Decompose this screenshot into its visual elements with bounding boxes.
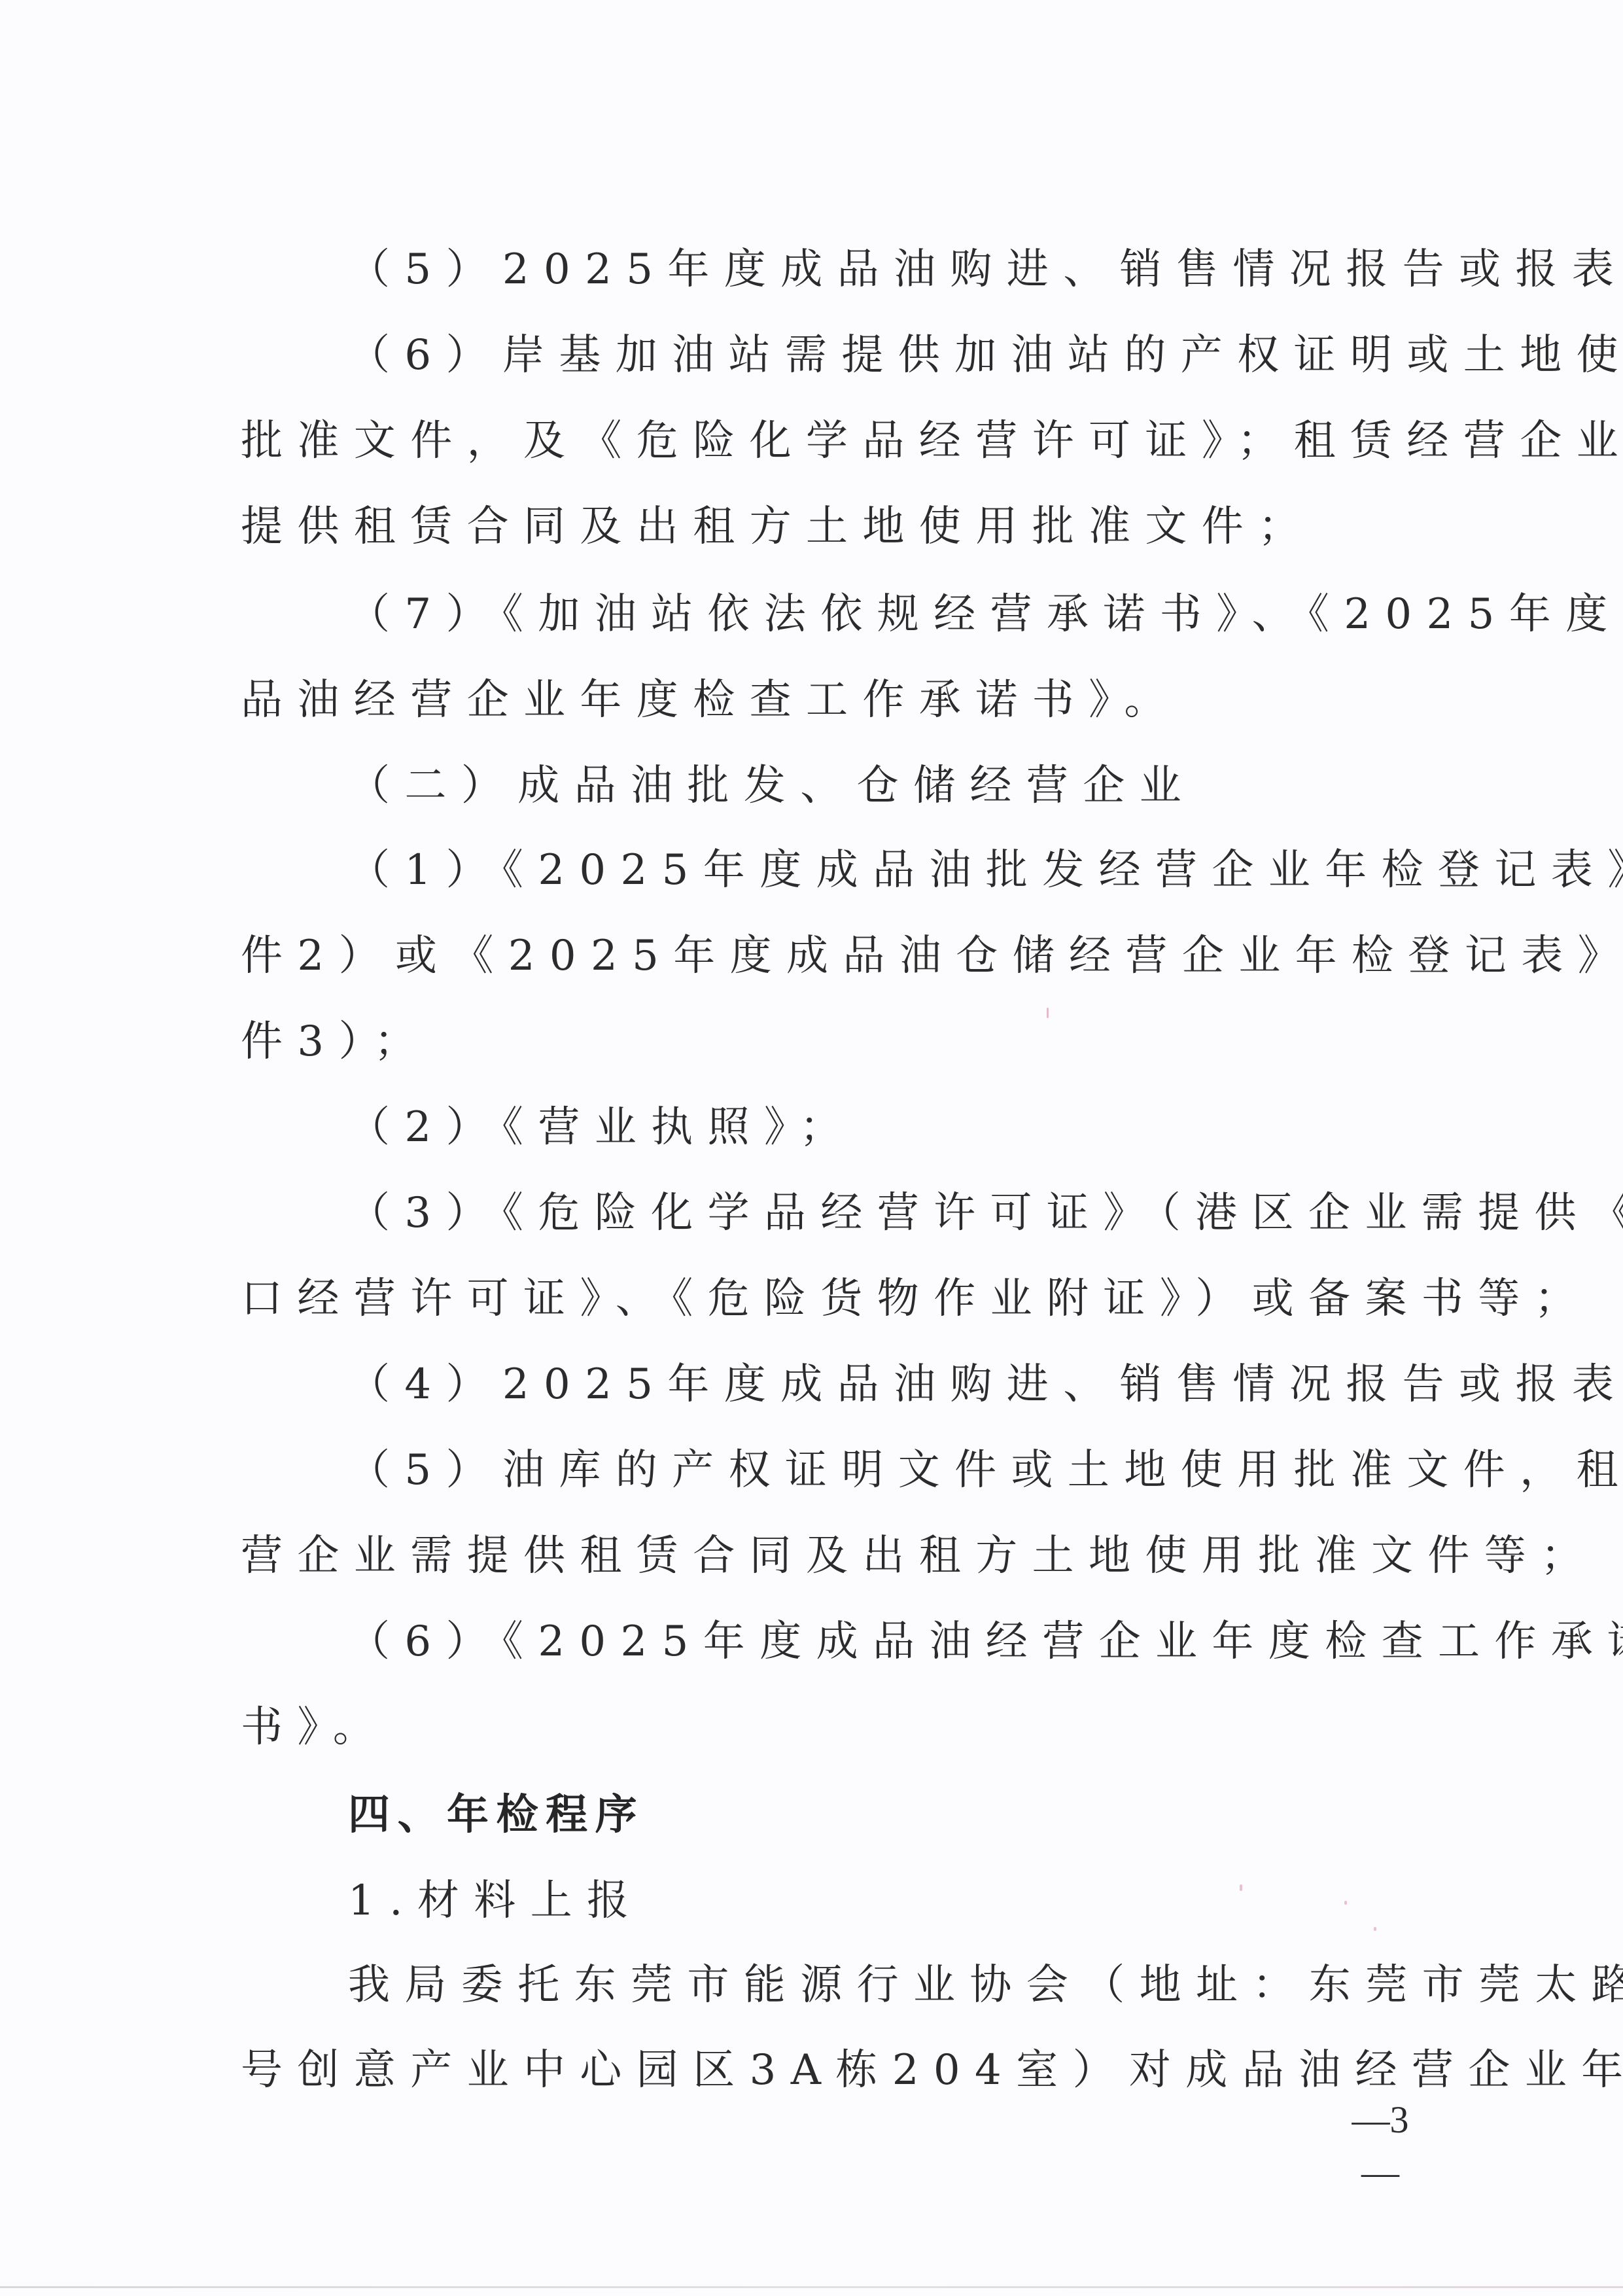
list-item-2-business-license: （2）《营业执照》；	[348, 1095, 1418, 1160]
list-item-5-depot-property-docs: （5）油库的产权证明文件或土地使用批准文件，租赁经	[348, 1438, 1418, 1503]
list-item-6-shore-station-docs: （6）岸基加油站需提供加油站的产权证明或土地使用	[348, 323, 1418, 388]
page-number: —3—	[1335, 2094, 1426, 2146]
scan-speck	[1374, 1927, 1376, 1931]
paragraph-line: 件2）或《2025年度成品油仓储经营企业年检登记表》（附	[241, 923, 1418, 989]
paragraph-line: 号创意产业中心园区3A栋204室）对成品油经营企业年检	[241, 2038, 1418, 2103]
paragraph-line: 书》。	[241, 1695, 1418, 1760]
list-item-1-registration-form: （1）《2025年度成品油批发经营企业年检登记表》（附	[348, 838, 1418, 903]
paragraph-line: 件3）；	[241, 1009, 1418, 1074]
list-item-7-commitment-letters: （7）《加油站依法依规经营承诺书》、《2025年度成	[348, 582, 1418, 647]
paragraph-line: 口经营许可证》、《危险货物作业附证》）或备案书等；	[241, 1266, 1418, 1332]
scan-edge-line	[0, 2286, 1623, 2288]
list-item-3-hazmat-license: （3）《危险化学品经营许可证》（港区企业需提供《港	[348, 1180, 1418, 1246]
paragraph-line: 提供租赁合同及出租方土地使用批准文件；	[241, 494, 1418, 559]
section-heading-inspection-procedure: 四、年检程序	[348, 1782, 1418, 1848]
scan-speck	[1344, 1901, 1347, 1905]
list-item-4-purchase-sales-report: （4）2025年度成品油购进、销售情况报告或报表；	[348, 1352, 1418, 1417]
document-page: （5）2025年度成品油购进、销售情况报告或报表； （6）岸基加油站需提供加油站…	[0, 0, 1623, 2296]
subsection-heading-material-submission: 1.材料上报	[348, 1868, 1418, 1934]
paragraph-line: 品油经营企业年度检查工作承诺书》。	[241, 667, 1418, 733]
scan-speck	[1047, 1008, 1049, 1018]
paragraph-line: 我局委托东莞市能源行业协会（地址：东莞市莞太路34	[348, 1952, 1418, 2018]
list-item-5-purchase-sales-report: （5）2025年度成品油购进、销售情况报告或报表；	[348, 237, 1418, 302]
section-heading-wholesale-storage: （二）成品油批发、仓储经营企业	[348, 753, 1418, 819]
paragraph-line: 批准文件，及《危险化学品经营许可证》；租赁经营企业需	[241, 408, 1418, 474]
list-item-6-commitment-letter: （6）《2025年度成品油经营企业年度检查工作承诺	[348, 1609, 1418, 1674]
scan-speck	[1240, 1884, 1242, 1891]
paragraph-line: 营企业需提供租赁合同及出租方土地使用批准文件等；	[241, 1523, 1418, 1589]
